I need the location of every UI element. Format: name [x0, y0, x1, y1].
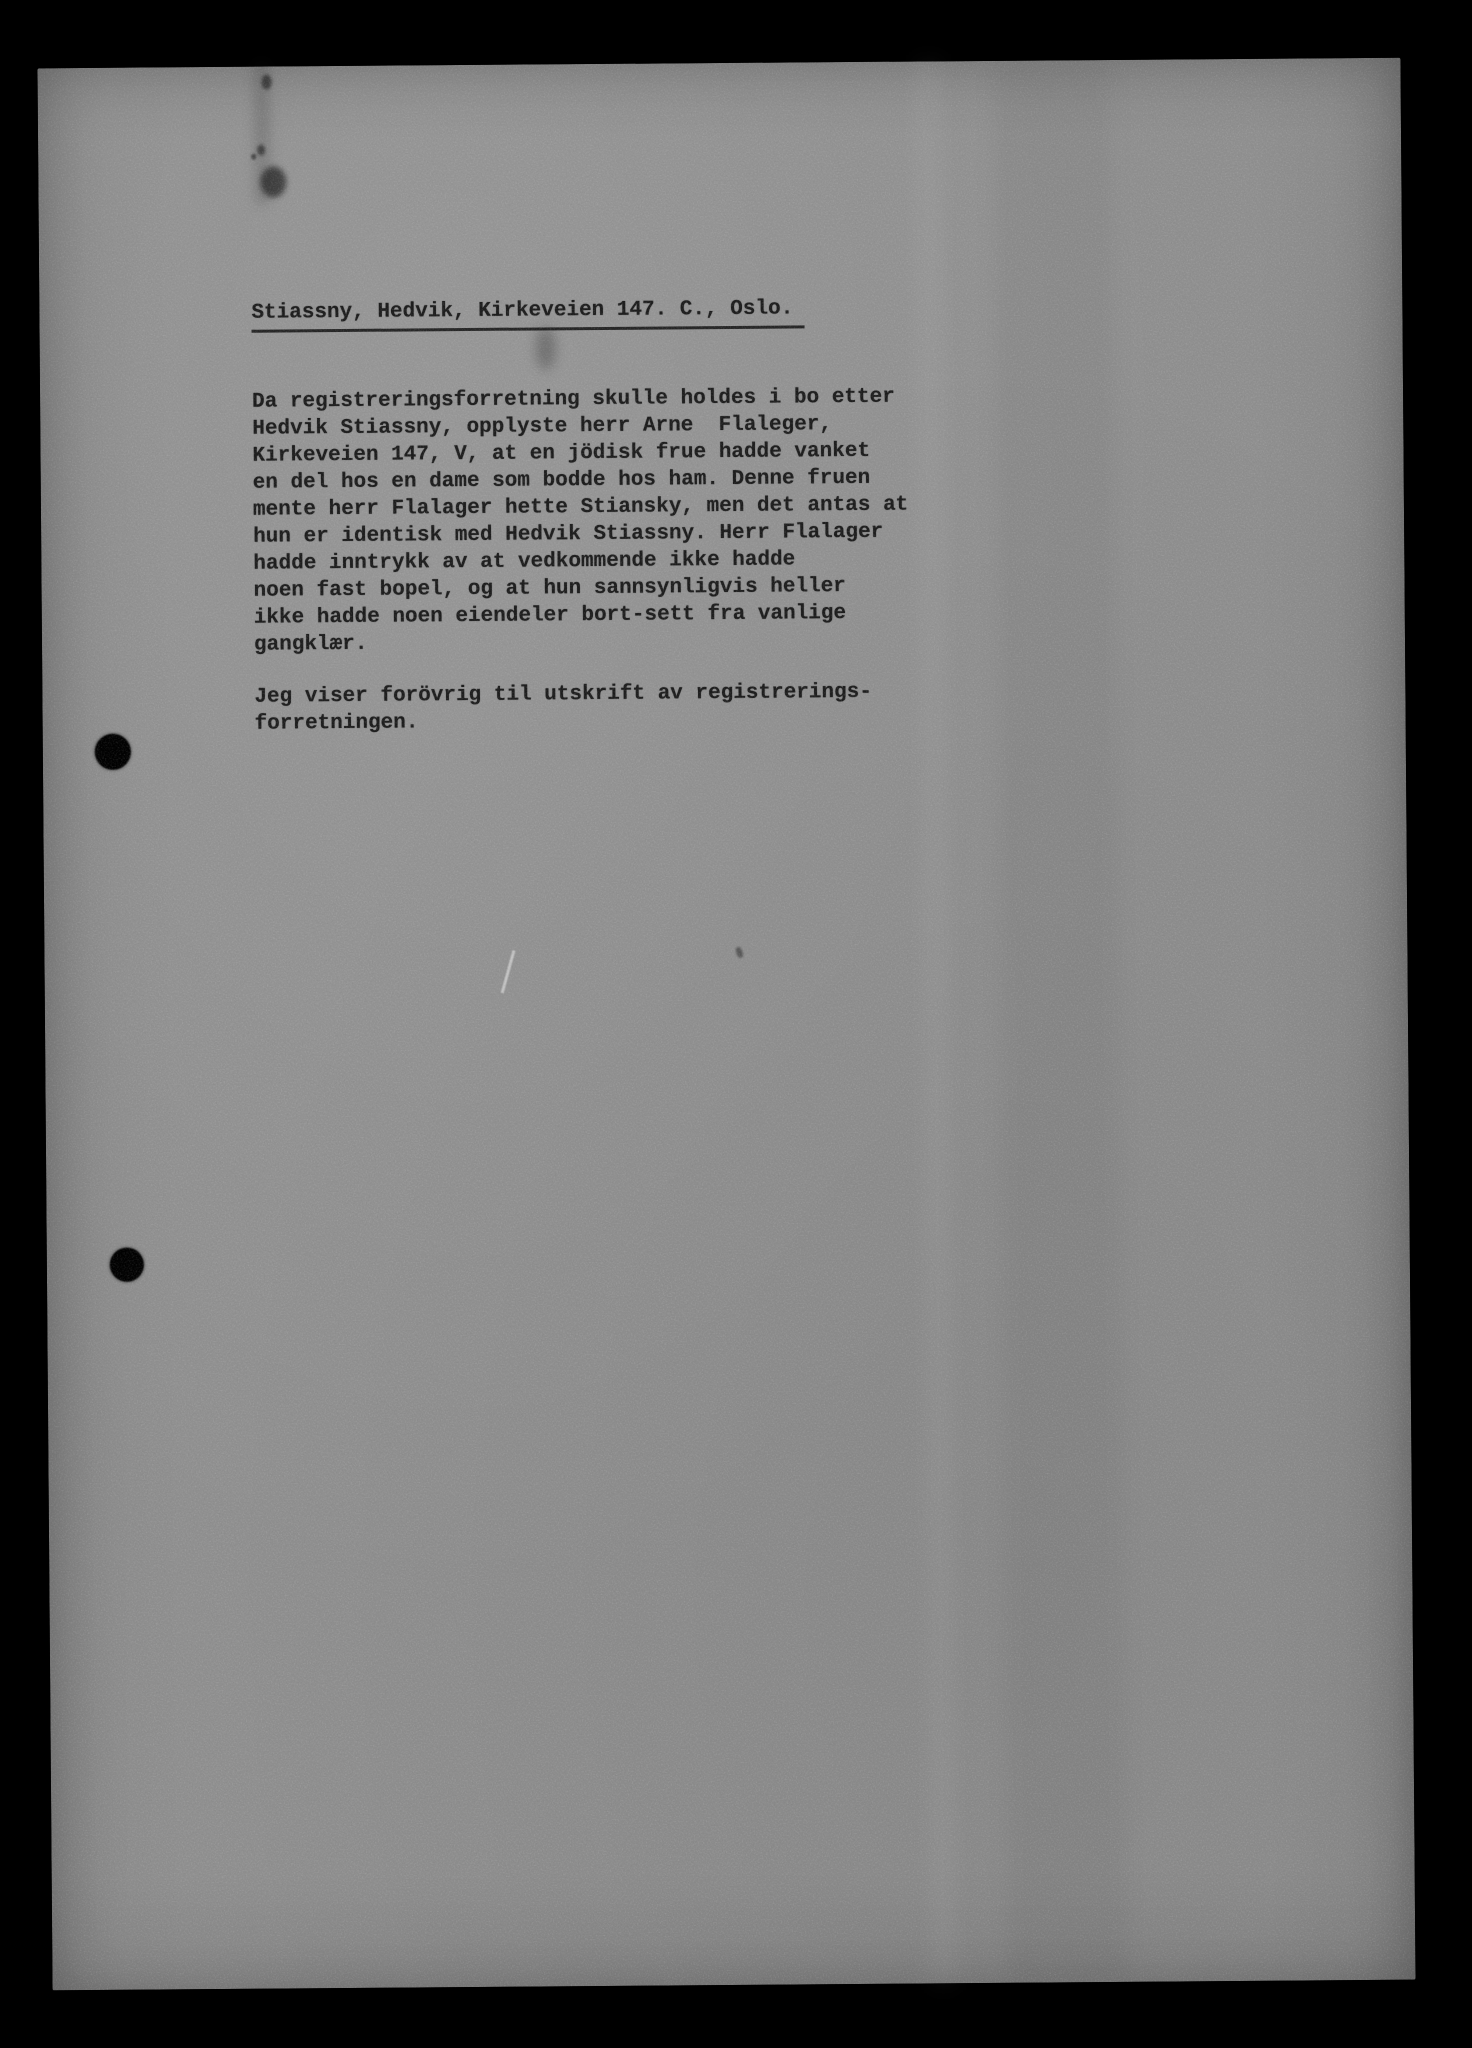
scan-background: Stiassny, Hedvik, Kirkeveien 147. C., Os… [0, 0, 1472, 2048]
document-line: hun er identisk med Hedvik Stiassny. Her… [253, 518, 973, 551]
document-line: forretningen. [255, 705, 975, 738]
ink-smudge-blob [257, 145, 265, 156]
document-line: Da registreringsforretning skulle holdes… [252, 383, 972, 416]
scanned-page: Stiassny, Hedvik, Kirkeveien 147. C., Os… [37, 58, 1415, 1991]
hole-punch-top [95, 734, 131, 770]
typewritten-text: Stiassny, Hedvik, Kirkeveien 147. C., Os… [251, 294, 974, 738]
paper-scratch [501, 950, 516, 993]
stray-ink-mark [735, 946, 744, 958]
paragraph-2: Jeg viser forövrig til utskrift av regis… [254, 678, 974, 738]
document-line: Jeg viser forövrig til utskrift av regis… [254, 678, 974, 711]
ink-smudge-blob [262, 75, 272, 90]
hole-punch-bottom [110, 1248, 144, 1282]
ink-smudge-blob [260, 166, 286, 197]
scan-shading-band [992, 60, 1127, 1983]
paragraph-1: Da registreringsforretning skulle holdes… [252, 383, 974, 659]
document-title-row: Stiassny, Hedvik, Kirkeveien 147. C., Os… [251, 294, 971, 333]
document-title: Stiassny, Hedvik, Kirkeveien 147. C., Os… [251, 295, 804, 332]
ink-smudge-blob [251, 154, 256, 160]
document-line: gangklær. [254, 626, 974, 659]
